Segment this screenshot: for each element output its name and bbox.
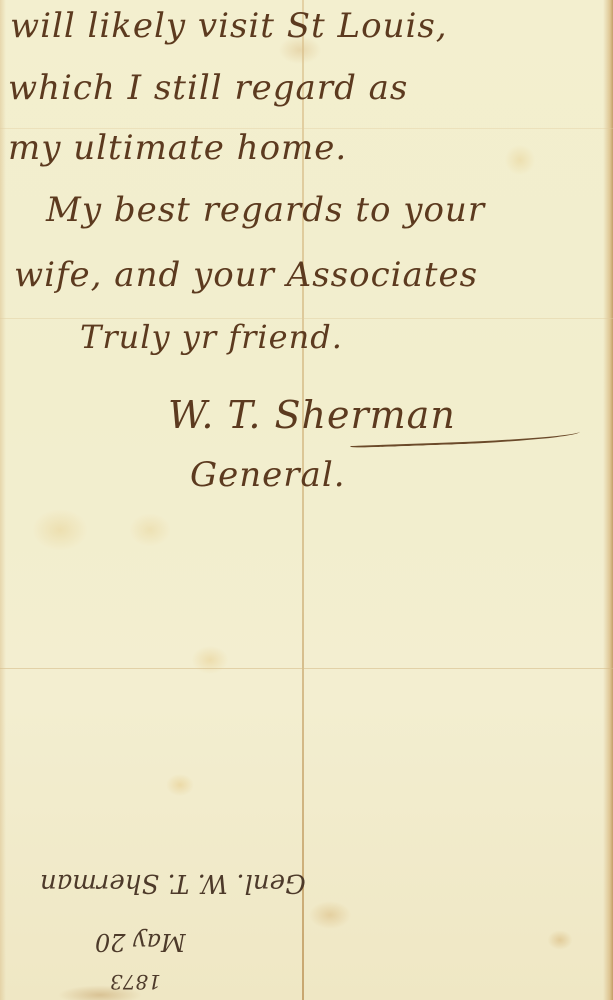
letter-page: will likely visit St Louis, which I stil… xyxy=(0,0,613,1000)
horizontal-fold-line-lower xyxy=(0,668,613,669)
letter-line-5: wife, and your Associates xyxy=(14,255,478,295)
paper-edge-left xyxy=(0,0,6,1000)
paper-edge-right xyxy=(603,0,613,1000)
letter-line-3: my ultimate home. xyxy=(8,128,347,168)
letter-line-1: will likely visit St Louis, xyxy=(10,6,448,46)
signer-title: General. xyxy=(190,455,346,495)
docket-name: Genl. W. T. Sherman xyxy=(40,868,306,898)
letter-line-4: My best regards to your xyxy=(46,190,485,230)
docket-date: May 20 xyxy=(95,928,186,956)
letter-line-2: which I still regard as xyxy=(8,68,408,108)
signature: W. T. Sherman xyxy=(168,393,456,437)
letter-closing: Truly yr friend. xyxy=(80,318,343,356)
docket-year: 1873 xyxy=(110,970,161,994)
